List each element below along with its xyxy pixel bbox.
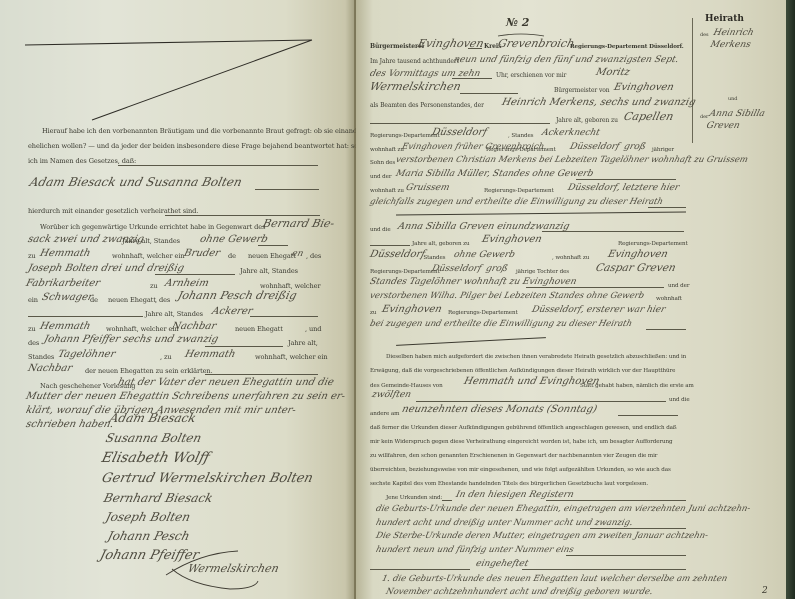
registrar-flourish-icon (160, 545, 260, 595)
blank-rule (28, 316, 143, 317)
witness1-relation: Bruder (183, 248, 222, 260)
proclamation-line3-end: Statt gehabt haben, nämlich die erste am (580, 381, 694, 391)
margin-und: und (728, 94, 737, 104)
bride-regdep-2: Düsseldorf (431, 263, 483, 275)
groom-consent: gleichfalls zugegen und ertheilte die Ei… (369, 196, 665, 208)
section-divider (396, 211, 686, 215)
groom-occupation: Ackerknecht (541, 127, 602, 139)
witness-end: der neuen Ehegatten zu sein erklärten. (85, 366, 213, 376)
blank-rule (590, 528, 686, 529)
section-divider (396, 337, 546, 346)
label-date-intro: Im Jahre tausend achthundert (370, 57, 459, 67)
marriage-date: neun und fünfzig den fünf und zwanzigste… (453, 54, 680, 66)
blank-rule (452, 78, 492, 79)
signature-witness-1: Gertrud Wermelskirchen Bolten (101, 473, 315, 485)
label-buergermeister: Bürgermeister von (554, 86, 610, 96)
witness1-residence: Hemmath (39, 248, 92, 260)
label-wohnhaft: wohnhaft, welcher ein (255, 352, 327, 362)
proclamation-line1: Dieselben haben mich aufgefordert die zw… (386, 352, 686, 362)
margin-divider (692, 18, 693, 143)
label-regdep: Regierungs-Departement (370, 131, 440, 141)
label-andere-am: andere am (370, 409, 399, 419)
witness2-occupation: Fabrikarbeiter (25, 278, 102, 290)
label-des: des (28, 338, 39, 348)
label-de: de (228, 251, 236, 261)
witness1-name-a: Bernard Bie- (262, 218, 336, 230)
label-wohnhaft: , wohnhaft zu (552, 253, 589, 263)
bride-majority: groß (485, 263, 509, 275)
label-zu: zu (370, 308, 376, 318)
proclamation-line6: mir kein Widerspruch gegen diese Verheir… (370, 437, 673, 447)
blank-rule (522, 569, 686, 570)
label-des: , des (155, 295, 170, 305)
groom-regdep: Düsseldorf (431, 127, 489, 139)
groom-mother: Maria Sibilla Müller, Standes ohne Gewer… (395, 168, 595, 180)
label-wohnhaft: wohnhaft, welcher ein (106, 324, 178, 334)
label-sohn: Sohn des (370, 158, 395, 168)
second-proclamation-date: neunzehnten dieses Monats (Sonntag) (401, 404, 599, 416)
blank-rule (258, 245, 288, 246)
blank-rule (416, 401, 666, 402)
label-und-die: und die (370, 225, 391, 235)
signature-bride: Susanna Bolten (105, 432, 203, 444)
label-regdep: Regierungs-Departement (618, 239, 688, 249)
groom-regdep-2: Düsseldorf (569, 141, 621, 153)
label-regdep: Regierungs-Departement (484, 186, 554, 196)
proclamation-line7: zu willfahren, den schon genannten Ersch… (370, 451, 657, 461)
blank-rule (165, 215, 320, 216)
groom-majority: groß (623, 141, 647, 153)
para1-line2: ehelichen wollen? — und da jeder der bei… (28, 141, 356, 151)
witness2-relation: Schwager (41, 292, 95, 304)
blank-rule (442, 500, 452, 501)
label-age: Jahre alt, Standes (240, 266, 298, 276)
blank-rule (370, 569, 470, 570)
label-age: Jahre alt, Standes (122, 236, 180, 246)
para1-line1: Hierauf habe ich den vorbenannten Bräuti… (42, 126, 356, 136)
entry-number: № 2 (506, 16, 529, 29)
margin-groom-prefix: des (700, 30, 708, 40)
blank-rule (205, 374, 318, 375)
witness3-occupation: Ackerer (211, 306, 254, 318)
bride-occupation: ohne Gewerb (453, 249, 517, 261)
documents-label: Jene Urkunden sind: (386, 493, 442, 503)
bride-regdep: Düsseldorf (369, 249, 427, 261)
page-number: 2 (762, 586, 768, 596)
proclamation-line9: sechste Kapitel des vom Ehestande handel… (370, 479, 648, 489)
document-1-line1: die Geburts-Urkunde der neuen Ehegattin,… (375, 503, 752, 515)
left-page: Hierauf habe ich den vorbenannten Bräuti… (0, 0, 356, 599)
document-2-line1: Die Sterbe-Urkunde deren Mutter, eingetr… (375, 530, 710, 542)
proclamation-line5: daß ferner die Urkunden dieser Aufkündig… (370, 423, 677, 433)
blank-rule (370, 245, 410, 246)
witness3-name: Johann Pesch dreißig (177, 290, 298, 302)
signature-witness-3: Joseph Bolten (105, 511, 192, 523)
blank-rule (155, 274, 235, 275)
label-des: , des (306, 251, 321, 261)
bride-parents-residence: Evinghoven (381, 304, 443, 316)
blank-rule (118, 165, 318, 166)
blank-rule (542, 231, 684, 232)
label-regbez: Regierungs-Departement Düsseldorf. (570, 42, 684, 52)
blank-rule (460, 93, 518, 94)
document-3-line1: 1. die Geburts-Urkunde des neuen Ehegatt… (381, 573, 729, 585)
label-uhr: Uhr, erschienen vor mir (496, 71, 566, 81)
bride-mother: verstorbenen Wilha. Pilger bei Lebzeiten… (369, 290, 646, 302)
label-de: de (90, 295, 98, 305)
parents-residence: Gruissem (405, 182, 451, 194)
witness4-residence: Hemmath (184, 349, 237, 361)
witness4-relation: Nachbar (27, 363, 74, 375)
groom-name-age: Heinrich Merkens, sechs und zwanzig (501, 97, 697, 109)
book-edge (786, 0, 795, 599)
witness3-relation: Nachbar (171, 321, 218, 333)
reading-line1: hat der Vater der neuen Ehegattin und di… (117, 377, 336, 389)
signature-groom: Adam Biesack (109, 412, 198, 424)
signature-witness-2: Bernhard Biesack (103, 492, 215, 504)
document-3-line2: November achtzehnhundert acht und dreißi… (385, 586, 655, 598)
label-regdep: Regierungs-Departement (448, 308, 518, 318)
blank-rule (546, 500, 686, 501)
label-wohnhaft: wohnhaft (656, 294, 682, 304)
label-wohnhaft: wohnhaft zu (370, 186, 404, 196)
label-buergermeisterei: Bürgermeisterei (370, 42, 424, 52)
official-surname: Wermelskirchen (369, 81, 463, 93)
label-age: Jahre alt, (288, 338, 318, 348)
suffix: en (291, 248, 305, 260)
blank-rule (205, 346, 283, 347)
blank-rule (255, 189, 319, 190)
bride-father: Caspar Greven (595, 262, 678, 274)
label-und: , und (305, 324, 321, 334)
label-age: Jahre alt, Standes (145, 309, 203, 319)
margin-bride: Anna Sibilla Greven (705, 108, 781, 132)
blank-rule (250, 316, 318, 317)
bride-consent: bei zugegen und ertheilte die Einwilligu… (369, 318, 634, 330)
right-page: № 2 Heirath des Heinrich Merkens und der… (356, 0, 786, 599)
first-proclamation-date: zwölften (371, 389, 413, 401)
reading-line4: schrieben haben. (25, 419, 115, 431)
strike-line-icon (20, 35, 320, 125)
witness3-residence: Hemmath (39, 321, 92, 333)
label-zu: , zu (160, 352, 172, 362)
margin-heading: Heirath (705, 14, 744, 24)
groom-birthplace: Capellen (623, 111, 675, 123)
official-town: Evinghoven (613, 82, 675, 94)
blank-rule (566, 555, 686, 556)
witness4-name: Johann Pfeiffer sechs und zwanzig (43, 334, 220, 346)
label-und-die: und die (669, 395, 690, 405)
witness-intro: Worüber ich gegenwärtige Urkunde erricht… (40, 222, 265, 232)
parents-regdep: Düsseldorf, letztere hier (567, 182, 681, 194)
document-2-line2: hundert neun und fünfzig unter Nummer ei… (375, 544, 575, 556)
proclamation-line8: überreichten, beziehungsweise von mir ei… (370, 465, 671, 475)
label-zu: zu (150, 281, 158, 291)
proclamation-line2: Erwägung, daß die vorgeschriebenen öffen… (370, 366, 675, 376)
witness4-occupation: Tagelöhner (57, 349, 117, 361)
bride-residence: Evinghoven (607, 249, 669, 261)
margin-groom: Heinrich Merkens (709, 27, 775, 51)
label-geboren: Jahre alt, geboren zu (556, 116, 618, 126)
official-firstname: Moritz (595, 67, 632, 79)
couple-names: Adam Biesack und Susanna Bolten (29, 176, 244, 188)
label-zu: zu (28, 324, 36, 334)
label-standes: Standes (28, 352, 54, 362)
blank-rule (526, 287, 664, 288)
blank-rule (646, 329, 686, 330)
label-geboren: Jahre alt, geboren zu (412, 239, 470, 249)
label-neuen-ehegatt: neuen Ehegatt (108, 295, 156, 305)
reading-line2: Mutter der neuen Ehegattin Schreibens un… (25, 391, 347, 403)
groom-father: verstorbenen Christian Merkens bei Lebze… (395, 154, 750, 166)
blank-rule (618, 415, 678, 416)
label-zu: zu (28, 251, 36, 261)
label-ein: ein (28, 295, 38, 305)
blank-rule (468, 48, 482, 49)
signature-witness-4: Johann Pesch (107, 530, 191, 542)
blank-rule (370, 123, 550, 124)
label-wohnhaft: wohnhaft, welcher ein (112, 251, 184, 261)
label-neuen-ehegatt: neuen Ehegatt (248, 251, 296, 261)
bride-birthplace: Evinghoven (481, 234, 543, 246)
bride-parents-regdep: Düsseldorf, ersterer war hier (531, 304, 667, 316)
blank-rule (576, 179, 676, 180)
label-und-der: und der (668, 281, 689, 291)
label-standes: , Standes (508, 131, 533, 141)
label-beamter: als Beamten des Personenstandes, der (370, 101, 484, 111)
label-standes: , Standes (420, 253, 445, 263)
label-neuen-ehegatt: neuen Ehegatt (235, 324, 283, 334)
label-und-der: und der (370, 172, 391, 182)
kreis-value: Grevenbroich (497, 38, 576, 50)
signature-mother: Elisabeth Wolff (101, 452, 211, 464)
blank-rule (648, 207, 686, 208)
